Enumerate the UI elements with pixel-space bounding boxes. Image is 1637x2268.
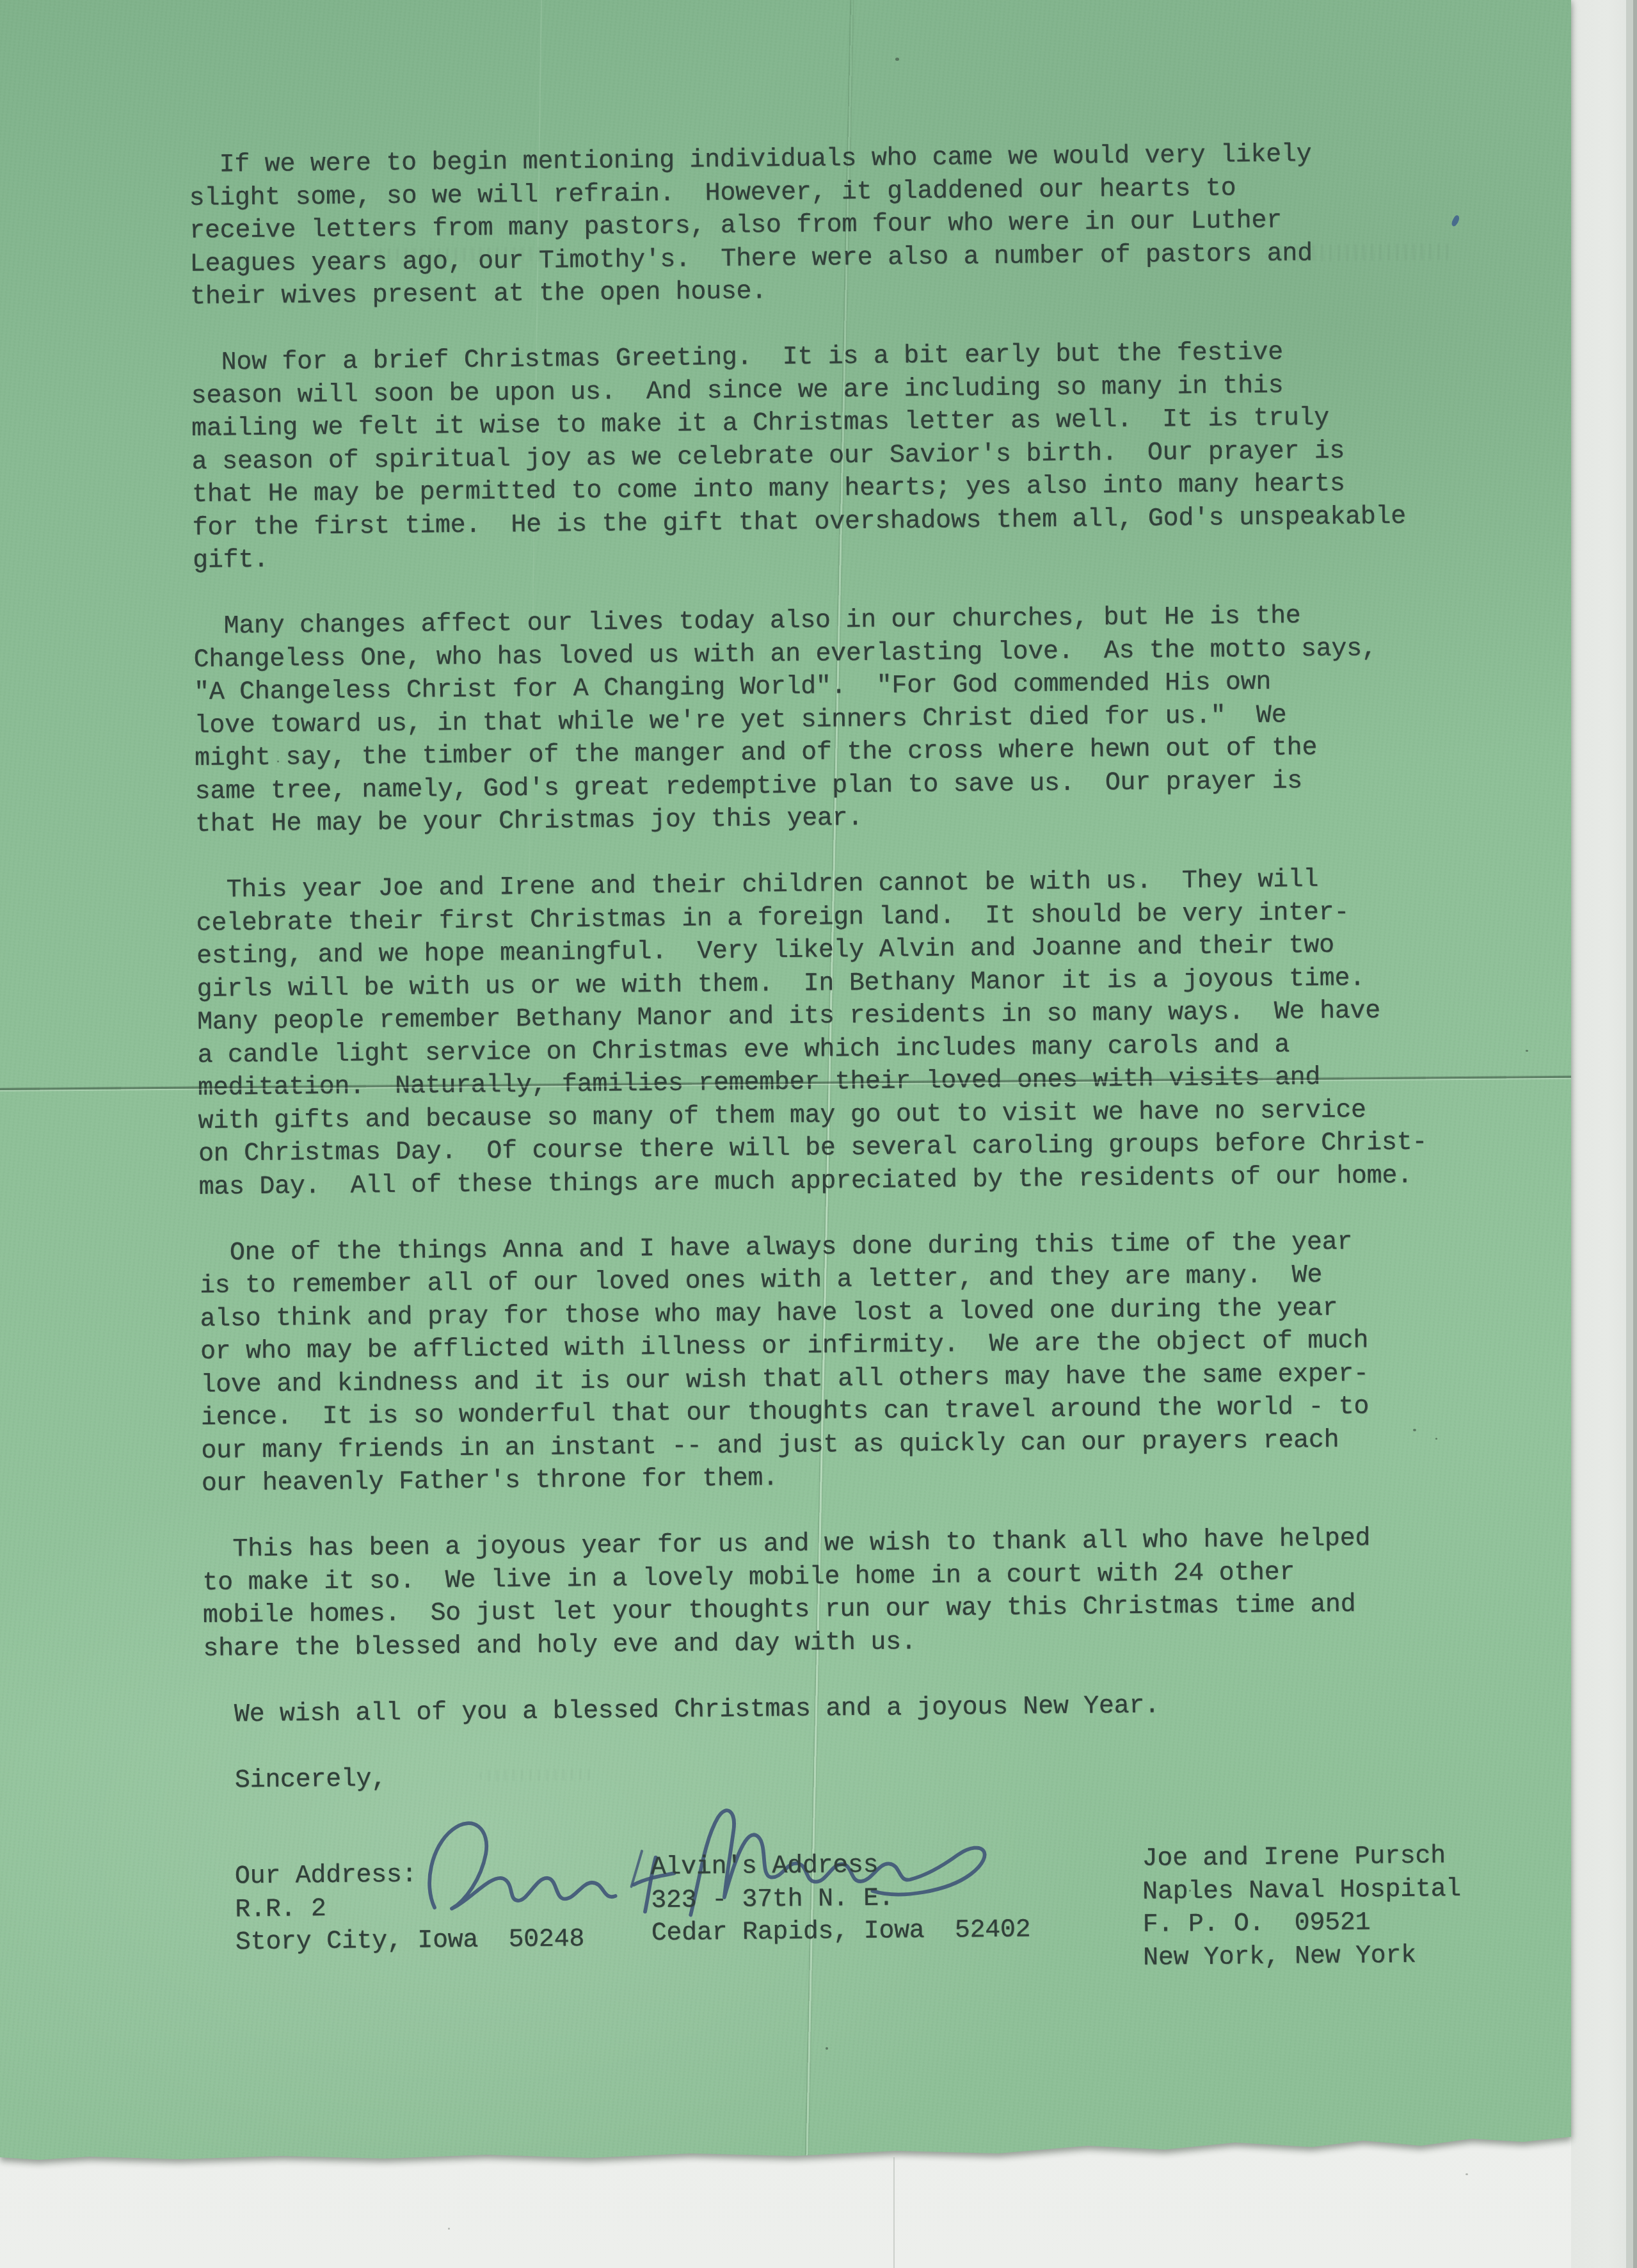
- paragraph: One of the things Anna and I have always…: [199, 1225, 1488, 1500]
- scanned-letter-page: If we were to begin mentioning individua…: [0, 0, 1637, 2268]
- paper-speck: [1526, 1050, 1528, 1052]
- address-our: Our Address: R.R. 2 Story City, Iowa 502…: [235, 1857, 585, 1959]
- address-columns: Our Address: R.R. 2 Story City, Iowa 502…: [205, 1849, 1493, 2027]
- address-alvin: Alvin's Address 323 - 37th N. E. Cedar R…: [651, 1848, 1031, 1950]
- scanner-scratch-line: [893, 2157, 895, 2268]
- scanner-speck: [448, 2228, 450, 2230]
- paragraph: This has been a joyous year for us and w…: [202, 1522, 1490, 1666]
- paper-speck: [1435, 1438, 1437, 1440]
- letter-paper: If we were to begin mentioning individua…: [0, 0, 1571, 2161]
- address-joe-irene: Joe and Irene Pursch Naples Naval Hospit…: [1142, 1840, 1462, 1975]
- paragraph: Now for a brief Christmas Greeting. It i…: [191, 335, 1479, 578]
- paper-speck: [826, 2047, 828, 2050]
- paragraph: Many changes affect our lives today also…: [193, 599, 1481, 842]
- paragraph: If we were to begin mentioning individua…: [189, 137, 1476, 314]
- bleed-through-smudge: [1272, 243, 1451, 262]
- paper-speck: [1413, 1429, 1416, 1431]
- paper-speck: [895, 58, 899, 61]
- paper-speck: [1178, 1851, 1181, 1853]
- closing-line: We wish all of you a blessed Christmas a…: [204, 1686, 1490, 1732]
- paper-speck: [1189, 1890, 1191, 1892]
- paragraph: This year Joe and Irene and their childr…: [196, 862, 1485, 1204]
- scanner-edge-line: [1633, 0, 1637, 2268]
- scanner-speck: [1465, 2173, 1468, 2175]
- paper-speck: [277, 760, 279, 762]
- typed-letter-body: If we were to begin mentioning individua…: [189, 137, 1494, 2159]
- bleed-through-smudge: [479, 1769, 595, 1781]
- bleed-through-smudge: [355, 247, 547, 263]
- paper-shadow: If we were to begin mentioning individua…: [0, 0, 1571, 2161]
